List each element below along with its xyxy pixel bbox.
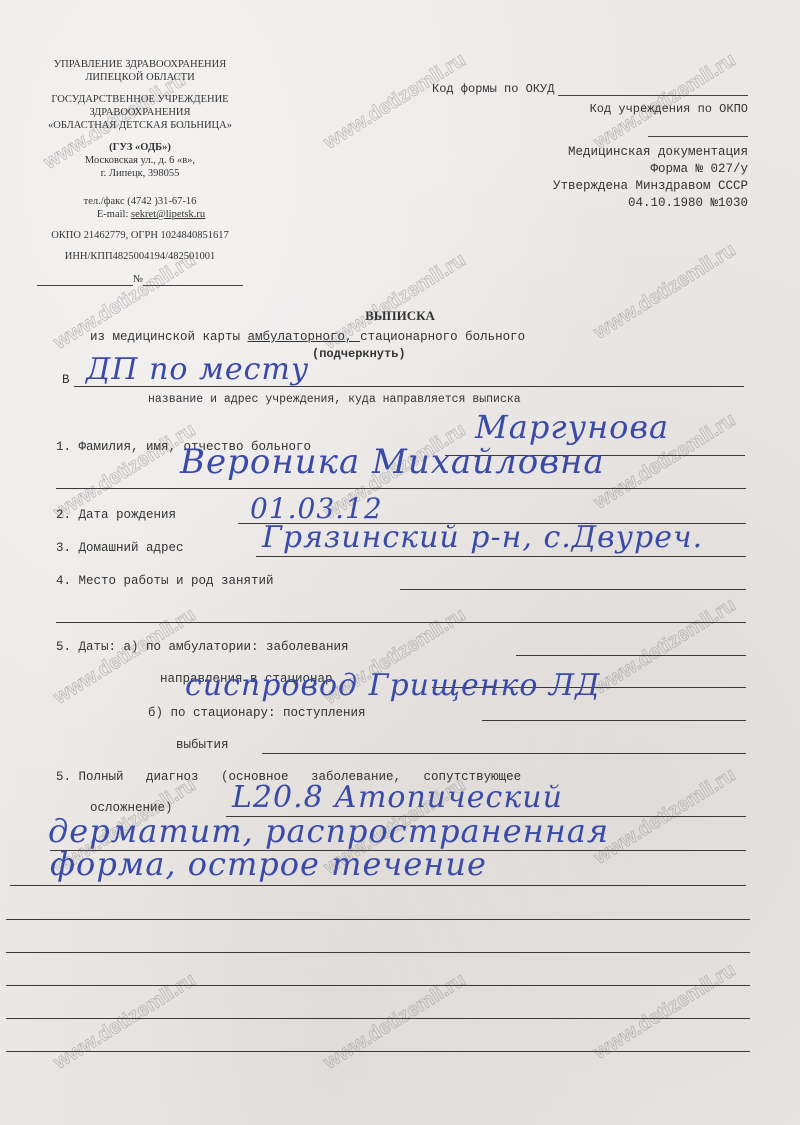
diagnosis-handwritten-1[interactable]: L20.8 Атопический [232,780,563,815]
subtitle-underlined: амбулаторного, [248,330,361,344]
work-line-2 [56,622,746,623]
email-link[interactable]: sekret@lipetsk.ru [131,209,205,220]
subtitle-prefix: из медицинской карты [90,330,248,344]
work-line [400,589,746,590]
destination-handwritten[interactable]: ДП по месту [86,352,309,387]
form-meta: Медицинская документация Форма № 027/у У… [553,144,748,212]
form-codes: Код формы по ОКУД Код учреждения по ОКПО [432,76,748,137]
address-label: 3. Домашний адрес [56,541,184,555]
institution-line: «ОБЛАСТНАЯ ДЕТСКАЯ БОЛЬНИЦА» [22,119,258,132]
underline-note: (подчеркнуть) [312,347,406,361]
document-title: ВЫПИСКА [0,308,800,324]
blank-line [6,919,750,920]
diagnosis-line-3 [10,885,746,886]
name-handwritten-surname[interactable]: Маргунова [475,408,669,446]
okud-blank [558,83,748,96]
blank-line [6,1018,750,1019]
institution-street: Московская ул., д. 6 «в», [22,154,258,167]
admission-label: б) по стационару: поступления [148,706,366,720]
number-blank [143,275,243,286]
institution-phone: тел./факс (4742 )31-67-16 [22,195,258,208]
form-number: Форма № 027/у [553,161,748,178]
blank-line [6,985,750,986]
diagnosis-handwritten-3[interactable]: форма, острое течение [50,845,487,883]
number-sign: № [133,273,143,286]
okud-label: Код формы по ОКУД [432,82,554,96]
institution-okpo: ОКПО 21462779, ОГРН 1024840851617 [22,229,258,242]
admission-line [482,720,746,721]
illness-date-line [516,655,746,656]
medical-extract-document: www.detizemli.ru www.detizemli.ru www.de… [0,0,800,1125]
date-blank [37,275,133,286]
institution-inn: ИНН/КПП4825004194/482501001 [22,250,258,263]
address-handwritten[interactable]: Грязинский р-н, с.Двуреч. [262,520,703,555]
dates-label: 5. Даты: а) по амбулатории: заболевания [56,640,349,654]
okpo-label: Код учреждения по ОКПО [590,102,748,116]
name-handwritten-given[interactable]: Вероника Михайловна [180,442,605,482]
watermark: www.detizemli.ru [590,594,740,700]
blank-line [6,1051,750,1052]
institution-header: УПРАВЛЕНИЕ ЗДРАВООХРАНЕНИЯ ЛИПЕЦКОЙ ОБЛА… [22,58,258,286]
institution-line: ГОСУДАРСТВЕННОЕ УЧРЕЖДЕНИЕ [22,93,258,106]
okpo-row: Код учреждения по ОКПО [432,96,748,116]
institution-email-row: E-mail: sekret@lipetsk.ru [22,208,258,221]
institution-line: УПРАВЛЕНИЕ ЗДРАВООХРАНЕНИЯ [22,58,258,71]
subtitle-suffix: стационарного больного [360,330,525,344]
watermark: www.detizemli.ru [590,959,740,1065]
outgoing-number-field: № [22,273,258,286]
name-line-2 [56,488,746,489]
okpo-blank [648,122,748,137]
referral-handwritten[interactable]: сиспровод Грищенко ЛД [185,668,600,703]
okud-row: Код формы по ОКУД [432,76,748,96]
meta-line: Медицинская документация [553,144,748,161]
document-subtitle: из медицинской карты амбулаторного, стац… [90,330,525,344]
institution-abbr: (ГУЗ «ОДБ») [22,141,258,154]
email-label: E-mail: [97,209,131,220]
blank-line [6,952,750,953]
watermark: www.detizemli.ru [590,239,740,345]
institution-line: ЗДРАВООХРАНЕНИЯ [22,106,258,119]
address-line [256,556,746,557]
discharge-label: выбытия [176,738,229,752]
institution-city: г. Липецк, 398055 [22,167,258,180]
discharge-line [262,753,746,754]
work-label: 4. Место работы и род занятий [56,574,274,588]
destination-caption: название и адрес учреждения, куда направ… [148,393,521,406]
meta-line: Утверждена Минздравом СССР [553,178,748,195]
dob-label: 2. Дата рождения [56,508,176,522]
watermark: www.detizemli.ru [50,604,200,710]
order-date: 04.10.1980 №1030 [553,195,748,212]
institution-line: ЛИПЕЦКОЙ ОБЛАСТИ [22,71,258,84]
destination-prefix: В [62,373,70,387]
